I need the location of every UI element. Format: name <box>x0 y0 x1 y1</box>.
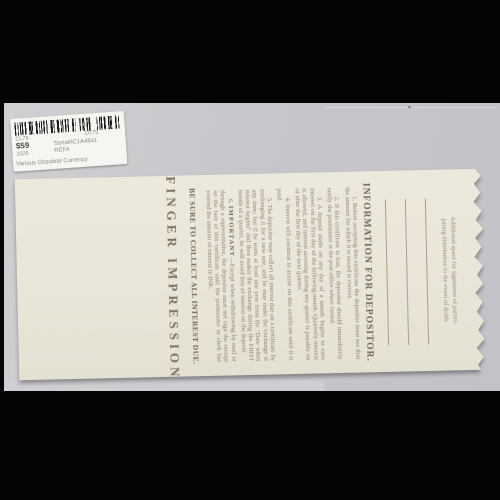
photo-black-background: Additional space for signatures of parti… <box>0 0 500 500</box>
certificate-paper: Additional space for signatures of parti… <box>15 169 486 381</box>
paragraph-1: 1. Before accepting this certificate the… <box>342 187 360 359</box>
barcode-gap <box>92 117 96 130</box>
paragraph-5: 5. The depositor may collect all interes… <box>236 188 276 361</box>
scan-bed-strip <box>4 380 324 391</box>
label-ref: REF# <box>54 147 70 154</box>
dust-speck <box>408 106 411 108</box>
signature-line <box>384 198 407 344</box>
label-serial: Serial#C1A4841 <box>54 138 98 147</box>
signature-line <box>404 198 427 344</box>
be-sure-notice: BE SURE TO COLLECT ALL INTEREST DUE. <box>187 175 201 376</box>
paragraph-6-important: 6. IMPORTANT—Except when withdrawing by … <box>203 189 236 362</box>
paragraph-2: 2. If this certificate is lost, the depo… <box>325 187 343 359</box>
barcode-gap <box>75 118 80 131</box>
dealer-label: CL76 D775 $59 1026 Serial#C1A4841 REF# V… <box>10 111 127 172</box>
certificate-back: Additional space for signatures of parti… <box>15 169 486 381</box>
additional-space-note: Additional space for signatures of parti… <box>438 187 459 352</box>
paragraph-3: 3. A deposit made on any day of a month … <box>293 187 326 360</box>
label-sku: 1026 <box>16 151 29 158</box>
signature-lines <box>384 170 432 372</box>
certificate-title: INFORMATION FOR DEPOSITOR. <box>360 171 375 372</box>
barcode <box>14 115 120 135</box>
scanner-background: Additional space for signatures of parti… <box>4 103 500 391</box>
important-number: 6. <box>226 198 233 205</box>
certificate-rotated-content: Additional space for signatures of parti… <box>15 169 486 381</box>
label-description: Various Obsolete Currency <box>16 157 88 168</box>
label-code-right: D775 <box>85 130 99 137</box>
finger-impressions-heading: FINGER IMPRESSIONS <box>162 176 183 377</box>
paragraph-4: 4. Interest will continue to accrue on t… <box>275 188 293 360</box>
label-price: $59 <box>16 141 30 151</box>
